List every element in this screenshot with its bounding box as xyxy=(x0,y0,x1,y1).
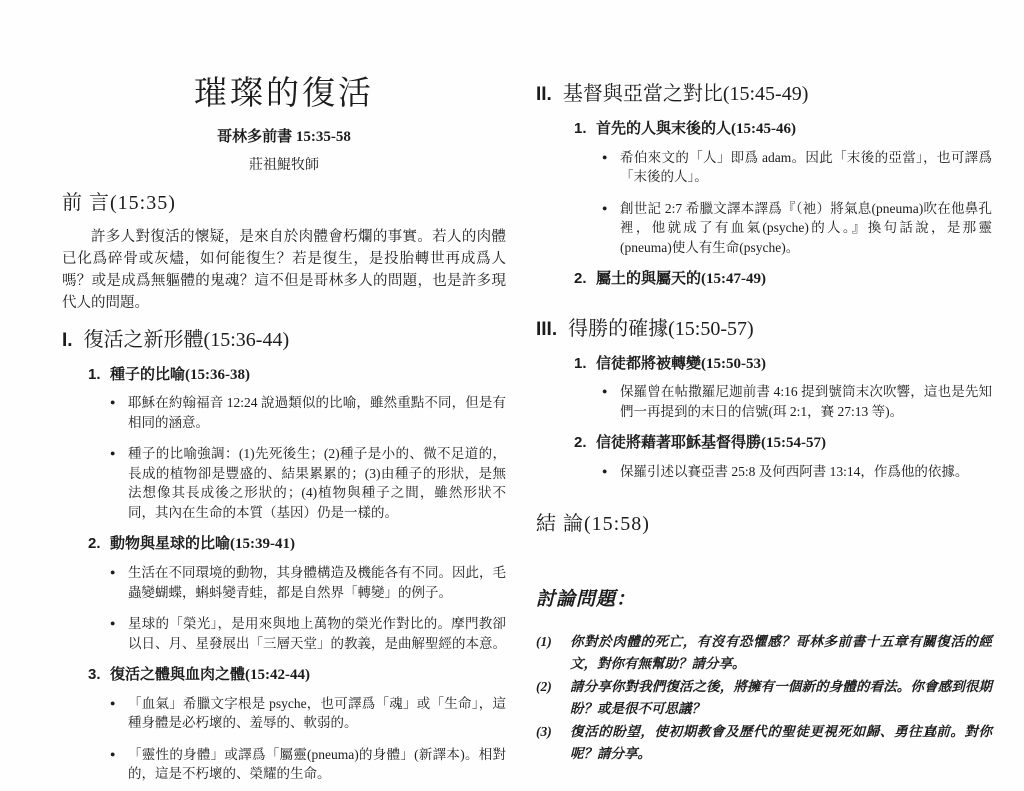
bullet-text: 「血氣」希臘文字根是 psyche，也可譯爲「魂」或「生命」，這種身體是必朽壞的… xyxy=(128,694,506,733)
intro-heading: 前 言(15:35) xyxy=(62,191,506,215)
question-number: (1) xyxy=(536,631,570,675)
item-number: 3. xyxy=(88,666,110,685)
bullet-point: ● 保羅曾在帖撒羅尼迦前書 4:16 提到號筒末次吹響，這也是先知們一再提到的末… xyxy=(602,382,992,421)
bullet-icon: ● xyxy=(110,444,128,522)
document-page: 璀璨的復活 哥林多前書 15:35-58 莊祖鯤牧師 前 言(15:35) 許多… xyxy=(0,0,1024,791)
item-title: 首先的人與末後的人(15:45-46) xyxy=(596,120,796,139)
question-number: (2) xyxy=(536,676,570,720)
page-number: 13 xyxy=(924,723,937,739)
bullet-point: ● 「靈性的身體」或譯爲「屬靈(pneuma)的身體」(新譯本)。相對的，這是不… xyxy=(110,745,506,784)
bullet-icon: ● xyxy=(602,462,620,482)
discussion-question: (2) 請分享你對我們復活之後，將擁有一個新的身體的看法。你會感到很期盼？或是很… xyxy=(536,676,992,720)
bullet-icon: ● xyxy=(602,148,620,187)
section-title: 得勝的確據(15:50-57) xyxy=(568,317,754,341)
item-heading: 2. 信徒將藉著耶穌基督得勝(15:54-57) xyxy=(574,434,992,453)
item-heading: 1. 首先的人與末後的人(15:45-46) xyxy=(574,120,992,139)
section-heading: III. 得勝的確據(15:50-57) xyxy=(536,317,992,342)
item-title: 信徒都將被轉變(15:50-53) xyxy=(596,355,766,374)
bullet-point: ● 「血氣」希臘文字根是 psyche，也可譯爲「魂」或「生命」，這種身體是必朽… xyxy=(110,694,506,733)
outline-item: 1. 種子的比喻(15:36-38) ● 耶穌在約翰福音 12:24 說過類似的… xyxy=(62,366,506,523)
bullet-text: 保羅引述以賽亞書 25:8 及何西阿書 13:14，作爲他的依據。 xyxy=(620,462,992,482)
item-number: 2. xyxy=(88,535,110,554)
item-title: 復活之體與血肉之體(15:42-44) xyxy=(110,666,310,685)
bullet-point: ● 種子的比喻強調：(1)先死後生；(2)種子是小的、微不足道的，長成的植物卻是… xyxy=(110,444,506,522)
discussion-question: (1) 你對於肉體的死亡，有沒有恐懼感？哥林多前書十五章有關復活的經文，對你有無… xyxy=(536,631,992,675)
item-heading: 3. 復活之體與血肉之體(15:42-44) xyxy=(88,666,506,685)
outline-item: 2. 信徒將藉著耶穌基督得勝(15:54-57) ● 保羅引述以賽亞書 25:8… xyxy=(536,434,992,481)
bullet-text: 創世記 2:7 希臘文譯本譯爲『（祂）將氣息(pneuma)吹在他鼻孔裡，他就成… xyxy=(620,199,992,258)
section-title: 復活之新形體(15:36-44) xyxy=(84,328,290,352)
bullet-icon: ● xyxy=(110,694,128,733)
section-numeral: I. xyxy=(62,330,73,353)
bullet-icon: ● xyxy=(110,614,128,653)
bullet-text: 希伯來文的「人」即爲 adam。因此「末後的亞當」，也可譯爲「末後的人」。 xyxy=(620,148,992,187)
section-heading: II. 基督與亞當之對比(15:45-49) xyxy=(536,82,992,107)
question-text: 請分享你對我們復活之後，將擁有一個新的身體的看法。你會感到很期盼？或是很不可思議… xyxy=(570,676,992,720)
bullet-icon: ● xyxy=(602,382,620,421)
section-numeral: II. xyxy=(536,84,552,107)
bullet-list: ● 生活在不同環境的動物，其身體構造及機能各有不同。因此，毛蟲變蝴蝶，蝌蚪變青蛙… xyxy=(88,563,506,653)
bullet-icon: ● xyxy=(110,393,128,432)
bullet-list: ● 「血氣」希臘文字根是 psyche，也可譯爲「魂」或「生命」，這種身體是必朽… xyxy=(88,694,506,784)
item-number: 1. xyxy=(88,366,110,385)
document-title: 璀璨的復活 xyxy=(62,76,506,114)
intro-paragraph: 許多人對復活的懷疑，是來自於肉體會朽爛的事實。若人的肉體已化爲碎骨或灰燼，如何能… xyxy=(62,226,506,314)
question-number: (3) xyxy=(536,721,570,765)
section-victory: III. 得勝的確據(15:50-57) 1. 信徒都將被轉變(15:50-53… xyxy=(536,317,992,482)
item-number: 2. xyxy=(574,270,596,289)
bullet-list: ● 保羅曾在帖撒羅尼迦前書 4:16 提到號筒末次吹響，這也是先知們一再提到的末… xyxy=(574,382,992,421)
question-text: 你對於肉體的死亡，有沒有恐懼感？哥林多前書十五章有關復活的經文，對你有無幫助？請… xyxy=(570,631,992,675)
conclusion-heading: 結 論(15:58) xyxy=(536,512,992,536)
item-number: 1. xyxy=(574,120,596,139)
bullet-list: ● 耶穌在約翰福音 12:24 說過類似的比喻，雖然重點不同，但是有相同的涵意。… xyxy=(88,393,506,522)
outline-item: 1. 首先的人與末後的人(15:45-46) ● 希伯來文的「人」即爲 adam… xyxy=(536,120,992,257)
outline-item: 1. 信徒都將被轉變(15:50-53) ● 保羅曾在帖撒羅尼迦前書 4:16 … xyxy=(536,355,992,422)
author-name: 莊祖鯤牧師 xyxy=(62,154,506,174)
bullet-text: 種子的比喻強調：(1)先死後生；(2)種子是小的、微不足道的，長成的植物卻是豐盛… xyxy=(128,444,506,522)
section-resurrection-body: I. 復活之新形體(15:36-44) 1. 種子的比喻(15:36-38) ●… xyxy=(62,328,506,784)
discussion-heading: 討論問題： xyxy=(536,584,992,611)
item-title: 種子的比喻(15:36-38) xyxy=(110,366,250,385)
bullet-point: ● 星球的「榮光」，是用來與地上萬物的榮光作對比的。摩門教卻以日、月、星發展出「… xyxy=(110,614,506,653)
outline-item: 3. 復活之體與血肉之體(15:42-44) ● 「血氣」希臘文字根是 psyc… xyxy=(62,666,506,784)
bullet-point: ● 耶穌在約翰福音 12:24 說過類似的比喻，雖然重點不同，但是有相同的涵意。 xyxy=(110,393,506,432)
item-title: 屬土的與屬天的(15:47-49) xyxy=(596,270,766,289)
bullet-icon: ● xyxy=(110,745,128,784)
section-heading: I. 復活之新形體(15:36-44) xyxy=(62,328,506,353)
bullet-list: ● 保羅引述以賽亞書 25:8 及何西阿書 13:14，作爲他的依據。 xyxy=(574,462,992,482)
bullet-text: 耶穌在約翰福音 12:24 說過類似的比喻，雖然重點不同，但是有相同的涵意。 xyxy=(128,393,506,432)
scripture-reference: 哥林多前書 15:35-58 xyxy=(62,125,506,146)
outline-item: 2. 屬土的與屬天的(15:47-49) xyxy=(536,270,992,289)
section-christ-adam: II. 基督與亞當之對比(15:45-49) 1. 首先的人與末後的人(15:4… xyxy=(536,82,992,289)
outline-item: 2. 動物與星球的比喻(15:39-41) ● 生活在不同環境的動物，其身體構造… xyxy=(62,535,506,653)
bullet-icon: ● xyxy=(602,199,620,258)
item-heading: 2. 屬土的與屬天的(15:47-49) xyxy=(574,270,992,289)
bullet-point: ● 希伯來文的「人」即爲 adam。因此「末後的亞當」，也可譯爲「末後的人」。 xyxy=(602,148,992,187)
bullet-point: ● 創世記 2:7 希臘文譯本譯爲『（祂）將氣息(pneuma)吹在他鼻孔裡，他… xyxy=(602,199,992,258)
item-heading: 1. 信徒都將被轉變(15:50-53) xyxy=(574,355,992,374)
question-list: (1) 你對於肉體的死亡，有沒有恐懼感？哥林多前書十五章有關復活的經文，對你有無… xyxy=(536,631,992,765)
item-heading: 1. 種子的比喻(15:36-38) xyxy=(88,366,506,385)
bullet-text: 「靈性的身體」或譯爲「屬靈(pneuma)的身體」(新譯本)。相對的，這是不朽壞… xyxy=(128,745,506,784)
item-heading: 2. 動物與星球的比喻(15:39-41) xyxy=(88,535,506,554)
bullet-text: 生活在不同環境的動物，其身體構造及機能各有不同。因此，毛蟲變蝴蝶，蝌蚪變青蛙，都… xyxy=(128,563,506,602)
item-number: 1. xyxy=(574,355,596,374)
section-title: 基督與亞當之對比(15:45-49) xyxy=(563,82,809,106)
item-title: 動物與星球的比喻(15:39-41) xyxy=(110,535,295,554)
section-numeral: III. xyxy=(536,319,557,342)
item-number: 2. xyxy=(574,434,596,453)
item-title: 信徒將藉著耶穌基督得勝(15:54-57) xyxy=(596,434,826,453)
bullet-icon: ● xyxy=(110,563,128,602)
bullet-text: 保羅曾在帖撒羅尼迦前書 4:16 提到號筒末次吹響，這也是先知們一再提到的末日的… xyxy=(620,382,992,421)
bullet-list: ● 希伯來文的「人」即爲 adam。因此「末後的亞當」，也可譯爲「末後的人」。 … xyxy=(574,148,992,258)
bullet-point: ● 生活在不同環境的動物，其身體構造及機能各有不同。因此，毛蟲變蝴蝶，蝌蚪變青蛙… xyxy=(110,563,506,602)
left-column: 璀璨的復活 哥林多前書 15:35-58 莊祖鯤牧師 前 言(15:35) 許多… xyxy=(62,76,506,784)
right-column: II. 基督與亞當之對比(15:45-49) 1. 首先的人與末後的人(15:4… xyxy=(536,82,992,766)
bullet-text: 星球的「榮光」，是用來與地上萬物的榮光作對比的。摩門教卻以日、月、星發展出「三層… xyxy=(128,614,506,653)
bullet-point: ● 保羅引述以賽亞書 25:8 及何西阿書 13:14，作爲他的依據。 xyxy=(602,462,992,482)
